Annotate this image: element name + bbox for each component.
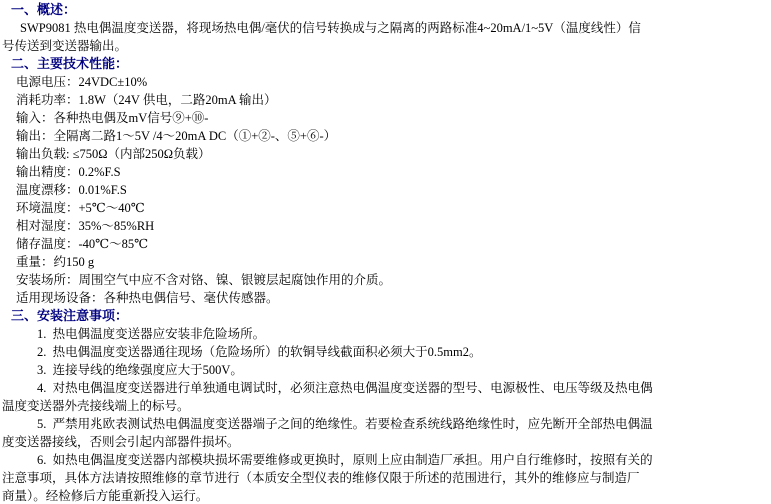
document-page: 一、概述： SWP9081 热电偶温度变送器，将现场热电偶/毫伏的信号转换成与之…: [0, 0, 771, 504]
spec-output: 输出：全隔离二路1～5V /4～20mA DC（①+②-、⑤+⑥-）: [0, 127, 771, 145]
note-1: 1. 热电偶温度变送器应安装非危险场所。: [0, 325, 771, 343]
spec-install-site: 安装场所：周围空气中应不含对铬、镍、银镀层起腐蚀作用的介质。: [0, 271, 771, 289]
spec-temp-drift: 温度漂移：0.01%F.S: [0, 181, 771, 199]
spec-power-voltage: 电源电压：24VDC±10%: [0, 73, 771, 91]
note-4-line-2: 温度变送器外壳接线端上的标号。: [0, 397, 771, 415]
spec-input: 输入：各种热电偶及mV信号⑨+⑩-: [0, 109, 771, 127]
spec-weight: 重量：约150 g: [0, 253, 771, 271]
spec-relative-humidity: 相对湿度：35%～85%RH: [0, 217, 771, 235]
spec-applicable-devices: 适用现场设备：各种热电偶信号、毫伏传感器。: [0, 289, 771, 307]
note-3: 3. 连接导线的绝缘强度应大于500V。: [0, 361, 771, 379]
spec-power-consumption: 消耗功率：1.8W（24V 供电，二路20mA 输出）: [0, 91, 771, 109]
note-6-line-3: 商量）。经检修后方能重新投入运行。: [0, 487, 771, 504]
note-6-line-1: 6. 如热电偶温度变送器内部模块损坏需要维修或更换时，原则上应由制造厂承担。用户…: [0, 451, 771, 469]
overview-text-line-2: 号传送到变送器输出。: [0, 37, 771, 55]
note-6-line-2: 注意事项，具体方法请按照维修的章节进行（本质安全型仪表的维修仅限于所述的范围进行…: [0, 469, 771, 487]
note-5-line-2: 度变送器接线，否则会引起内部器件损坏。: [0, 433, 771, 451]
overview-heading: 一、概述：: [0, 1, 771, 19]
note-4-line-1: 4. 对热电偶温度变送器进行单独通电调试时，必须注意热电偶温度变送器的型号、电源…: [0, 379, 771, 397]
spec-ambient-temp: 环境温度：+5℃～40℃: [0, 199, 771, 217]
note-2: 2. 热电偶温度变送器通往现场（危险场所）的软铜导线截面积必须大于0.5mm2。: [0, 343, 771, 361]
spec-output-load: 输出负载: ≤750Ω（内部250Ω负载）: [0, 145, 771, 163]
note-5-line-1: 5. 严禁用兆欧表测试热电偶温度变送器端子之间的绝缘性。若要检查系统线路绝缘性时…: [0, 415, 771, 433]
spec-output-accuracy: 输出精度：0.2%F.S: [0, 163, 771, 181]
overview-text-line-1: SWP9081 热电偶温度变送器，将现场热电偶/毫伏的信号转换成与之隔离的两路标…: [0, 19, 771, 37]
spec-storage-temp: 储存温度：-40℃～85℃: [0, 235, 771, 253]
notes-heading: 三、安装注意事项：: [0, 307, 771, 325]
specs-heading: 二、主要技术性能：: [0, 55, 771, 73]
